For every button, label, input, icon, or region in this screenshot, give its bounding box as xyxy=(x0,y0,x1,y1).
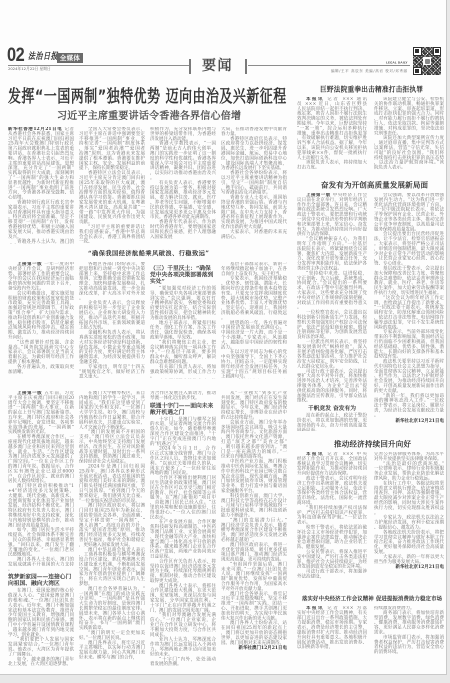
text-line: 打击力度。 xyxy=(297,166,367,171)
masthead-logo: 法治日报 xyxy=(28,52,58,63)
text-line: 发展成就离不开祖国的大力支持 xyxy=(8,562,74,567)
column-text: 该院建立健全与公安、检察机关的协作联动机制，畅通拒执罪案件移送、立案、审查起诉渠… xyxy=(374,97,444,170)
text-line: 加清晰。 xyxy=(8,370,74,375)
text-line: 意义重大。 xyxy=(79,375,145,379)
column-text: 在澳门大学横琴校区，来自内地和澳门的学生一起学习、共同成长。“我们在这里感受到了… xyxy=(79,391,145,660)
column-text: 从“一业独大”到多元产业共同发展，澳门经济正在发生深刻变化。澳门特区政府发布的数… xyxy=(221,391,287,651)
text-line: 一致、 xyxy=(79,240,145,244)
qr-finder-pattern xyxy=(433,47,442,56)
column-text: 上接第一版 中央经济工作会议日前在北京举行，对明年经济工作作出全面部署。连日来，… xyxy=(297,193,367,431)
column-text: 上接第一版 一年一度的中央经济工作会议，是研判经济形势、部署经济工作的重要会议。… xyxy=(8,262,74,375)
text-line: 上圆满句号。 xyxy=(221,375,287,379)
column-text: 新华社香港12月21日电 记者从香港社会各界获悉，国家主席习近平日前在庆祝澳门回… xyxy=(8,127,74,244)
column-text: 完善公共法律服务体系，为高水平对外开放提供坚实法律服务保障。“法治是最好的营商环… xyxy=(374,452,444,570)
editor-credits: 编辑/王平 高辰东 美编/高岩 校对/邓秀丽 xyxy=(331,69,407,73)
right-article-1-headline: 巨野法院重拳出击精准打击拒执罪 xyxy=(320,86,423,94)
column-text: 各地区各部门纷纷表示，要把思想和行动统一到党中央决策部署上来，坚持稳中求进工作总… xyxy=(79,262,145,379)
right-article-4-column-2: 持续激发消费潜力。商务部门表示，将加快培育新型消费，发展数字消费、绿色消费、健康… xyxy=(374,606,444,662)
column-text: 上接第一版 五年前，习近平主席在庆祝澳门回归祖国20周年大会上强调，要坚定不移推… xyxy=(8,391,74,667)
column-subheading: 筑梦新家园——连接心门向祖国、融向大湾区 xyxy=(8,574,74,587)
text-line: 责，为经济社会发展贡献政法力量 xyxy=(374,409,444,414)
right-article-1-column-1: 本报讯 记者 ××× 通讯员 ××× 近日，山东省巨野县人民法院审结一起拒不执行… xyxy=(297,97,367,178)
issue-date: 2024年12月22日 星期日 xyxy=(8,67,51,71)
qr-finder-pattern xyxy=(413,67,422,76)
column-subheading: 联通十字门——面向未来敞开机遇之门 xyxy=(150,402,216,415)
header-rule-right xyxy=(248,65,410,66)
article-2-column-1: 上接第一版 一年一度的中央经济工作会议，是研判经济形势、部署经济工作的重要会议。… xyxy=(8,262,74,379)
right-article-2-column-2: 会议强调，要以改革开放增强发展内生动力。“这为我们进一步优化法治化营商环境指明了… xyxy=(374,193,444,431)
text-line: 满信心。 xyxy=(221,235,287,240)
text-line: 以旧换新等举措， xyxy=(297,645,367,650)
column-subheading: （三）千里沃土：“确保党中央各项决策部署落到实处” xyxy=(150,265,216,285)
right-article-3-column-1: 本报讯 记者 ××× 中央经济工作会议召开以来，全国政法系统认真学习贯彻会议精神… xyxy=(297,452,367,586)
main-article-column-4: 大局，在推动香港发展中贡献青春力量。香港特区政府官员表示，特区政府将全力以赴拼经… xyxy=(221,127,287,244)
qr-center-logo xyxy=(423,57,431,65)
column-text: 大局，在推动香港发展中贡献青春力量。香港特区政府官员表示，特区政府将全力以赴拼经… xyxy=(221,127,287,240)
text-line: 的消费环境。 xyxy=(374,650,444,655)
section-title: 要闻 xyxy=(202,58,233,74)
column-text: 基层干部群众表示，新的一年将继续撸起袖子加油干，在各自岗位上奋发有为、实干担当。… xyxy=(221,262,287,379)
column-text: 持续激发消费潜力。商务部门表示，将加快培育新型消费，发展数字消费、绿色消费、健康… xyxy=(374,606,444,655)
right-article-3-headline: 推动经济持续回升向好 xyxy=(334,440,411,449)
edition-badge: 全媒体 xyxy=(57,53,83,63)
text-line: 强政策统筹协调，形成工作合力 xyxy=(150,370,216,375)
article-3-column-1: 上接第一版 五年前，习近平主席在庆祝澳门回归祖国20周年大会上强调，要坚定不移推… xyxy=(8,391,74,670)
article-2-headline: “确保我国经济航船乘风破浪、行稳致远” xyxy=(88,250,209,257)
main-article-column-3: 积极作为，充分发挥联系内地与世界的桥梁纽带作用，为香港经济发展注入新动能。香港大… xyxy=(150,127,216,244)
article-3-column-4: 从“一业独大”到多元产业共同发展，澳门经济正在发生深刻变化。澳门特区政府发布的数… xyxy=(221,391,287,670)
article-dateline: 新华社北京12月21日电 xyxy=(374,565,444,570)
section-bar-left xyxy=(189,59,191,74)
text-line: 外法治建设， xyxy=(297,574,367,579)
section-bar-right xyxy=(245,59,247,74)
text-line: 院负责人表示。 xyxy=(374,166,444,171)
article-3-column-2: 在澳门大学横琴校区，来自内地和澳门的学生一起学习、共同成长。“我们在这里感受到了… xyxy=(79,391,145,670)
article-dateline: 新华社北京12月21日电 xyxy=(374,419,444,424)
text-line: 琴澳一体化迈出新步伐。 xyxy=(150,396,216,401)
right-article-1-column-2: 该院建立健全与公安、检察机关的协作联动机制，畅通拒执罪案件移送、立案、审查起诉渠… xyxy=(374,97,444,178)
article-2-column-3: （三）千里沃土：“确保党中央各项决策部署落到实处”“要加强党对经济工作的领导，确… xyxy=(150,262,216,379)
qr-code-icon xyxy=(413,47,441,75)
main-article-column-2: 全国人大常委会委员表示，习近平主席在讲话中强调要坚定不移推进“一国两制”事业，坚… xyxy=(79,127,145,244)
column-subheading: 千帆竞发 奋发有为 xyxy=(297,405,367,412)
text-line: 入国家发展 xyxy=(150,235,216,240)
article-2-column-4: 基层干部群众表示，新的一年将继续撸起袖子加油干，在各自岗位上奋发有为、实干担当。… xyxy=(221,262,287,379)
text-line: 维权。 xyxy=(297,399,367,404)
main-headline: 发挥“一国两制”独特优势 迈向由治及兴新征程 xyxy=(8,88,286,107)
right-article-2-column-1: 上接第一版 中央经济工作会议日前在北京举行，对明年经济工作作出全面部署。连日来，… xyxy=(297,193,367,431)
right-article-2-headline: 奋发有为开创高质量发展新局面 xyxy=(321,181,428,190)
text-line: 。 xyxy=(8,567,74,572)
qr-finder-pattern xyxy=(413,47,422,56)
article-3-column-3: 为合作区发展注入新动力，推动琴澳一体化迈出新步伐。联通十字门——面向未来敞开机遇… xyxy=(150,391,216,670)
right-article-3-column-2: 完善公共法律服务体系，为高水平对外开放提供坚实法律服务保障。“法治是最好的营商环… xyxy=(374,452,444,586)
newspaper-page: 02 法治日报 全媒体 2024年12月22日 星期日 要闻 LEGAL DAI… xyxy=(0,0,447,675)
right-article-4-headline: 落实好中央经济工作会议精神 促进提振消费助力稳定市场 xyxy=(302,596,442,602)
page-number: 02 xyxy=(7,46,24,65)
main-subheadline: 习近平主席重要讲话令香港各界信心倍增 xyxy=(57,111,241,122)
text-line: 展新局面。 xyxy=(297,428,367,431)
text-line: 着发展的热潮。 xyxy=(150,662,216,667)
column-text: 为合作区发展注入新动力，推动琴澳一体化迈出新步伐。联通十字门——面向未来敞开机遇… xyxy=(150,391,216,667)
english-masthead: LEGAL DAILY xyxy=(386,61,408,64)
article-dateline: 新华社澳门12月21日电 xyxy=(221,646,287,651)
text-line: 执行力度，切实兑现群众胜诉权益 xyxy=(374,506,444,511)
article-2-column-2: 各地区各部门纷纷表示，要把思想和行动统一到党中央决策部署上来，坚持稳中求进工作总… xyxy=(79,262,145,379)
column-text: 本报讯 记者 ××× 通讯员 ××× 近日，山东省巨野县人民法院审结一起拒不执行… xyxy=(297,97,367,170)
right-article-4-column-1: 本报讯 记者 ××× 为落实好中央经济工作会议精神，有关部门近日出台一系列政策措… xyxy=(297,606,367,662)
text-line: 深化改革，扩大高水平对外开放 xyxy=(79,291,145,296)
column-text: 积极作为，充分发挥联系内地与世界的桥梁纽带作用，为香港经济发展注入新动能。香港大… xyxy=(150,127,216,240)
text-line: 对政法工作同样具有重要指导意义 xyxy=(297,301,367,306)
text-line: 好未来。横琴与澳门的合作， xyxy=(79,656,145,661)
column-text: 本报讯 记者 ××× 中央经济工作会议召开以来，全国政法系统认真学习贯彻会议精神… xyxy=(297,452,367,579)
column-text: （三）千里沃土：“确保党中央各项决策部署落到实处”“要加强党对经济工作的领导，确… xyxy=(150,265,216,379)
text-line: 济航船必将乘风破浪、行稳致远 xyxy=(221,311,287,316)
text-line: 北上发展，在大湾区追逐梦想。 xyxy=(8,662,74,667)
column-text: 本报讯 记者 ××× 为落实好中央经济工作会议精神，有关部门近日出台一系列政策措… xyxy=(297,606,367,650)
text-line: ，以实际行动推动香港由治及兴 xyxy=(150,171,216,176)
column-text: 全国人大常委会委员表示，习近平主席在讲话中强调要坚定不移推进“一国两制”事业，坚… xyxy=(79,127,145,244)
main-article-column-1: 新华社香港12月21日电 记者从香港社会各界获悉，国家主席习近平日前在庆祝澳门回… xyxy=(8,127,74,244)
column-text: 会议强调，要以改革开放增强发展内生动力。“这为我们进一步优化法治化营商环境指明了… xyxy=(374,193,444,424)
